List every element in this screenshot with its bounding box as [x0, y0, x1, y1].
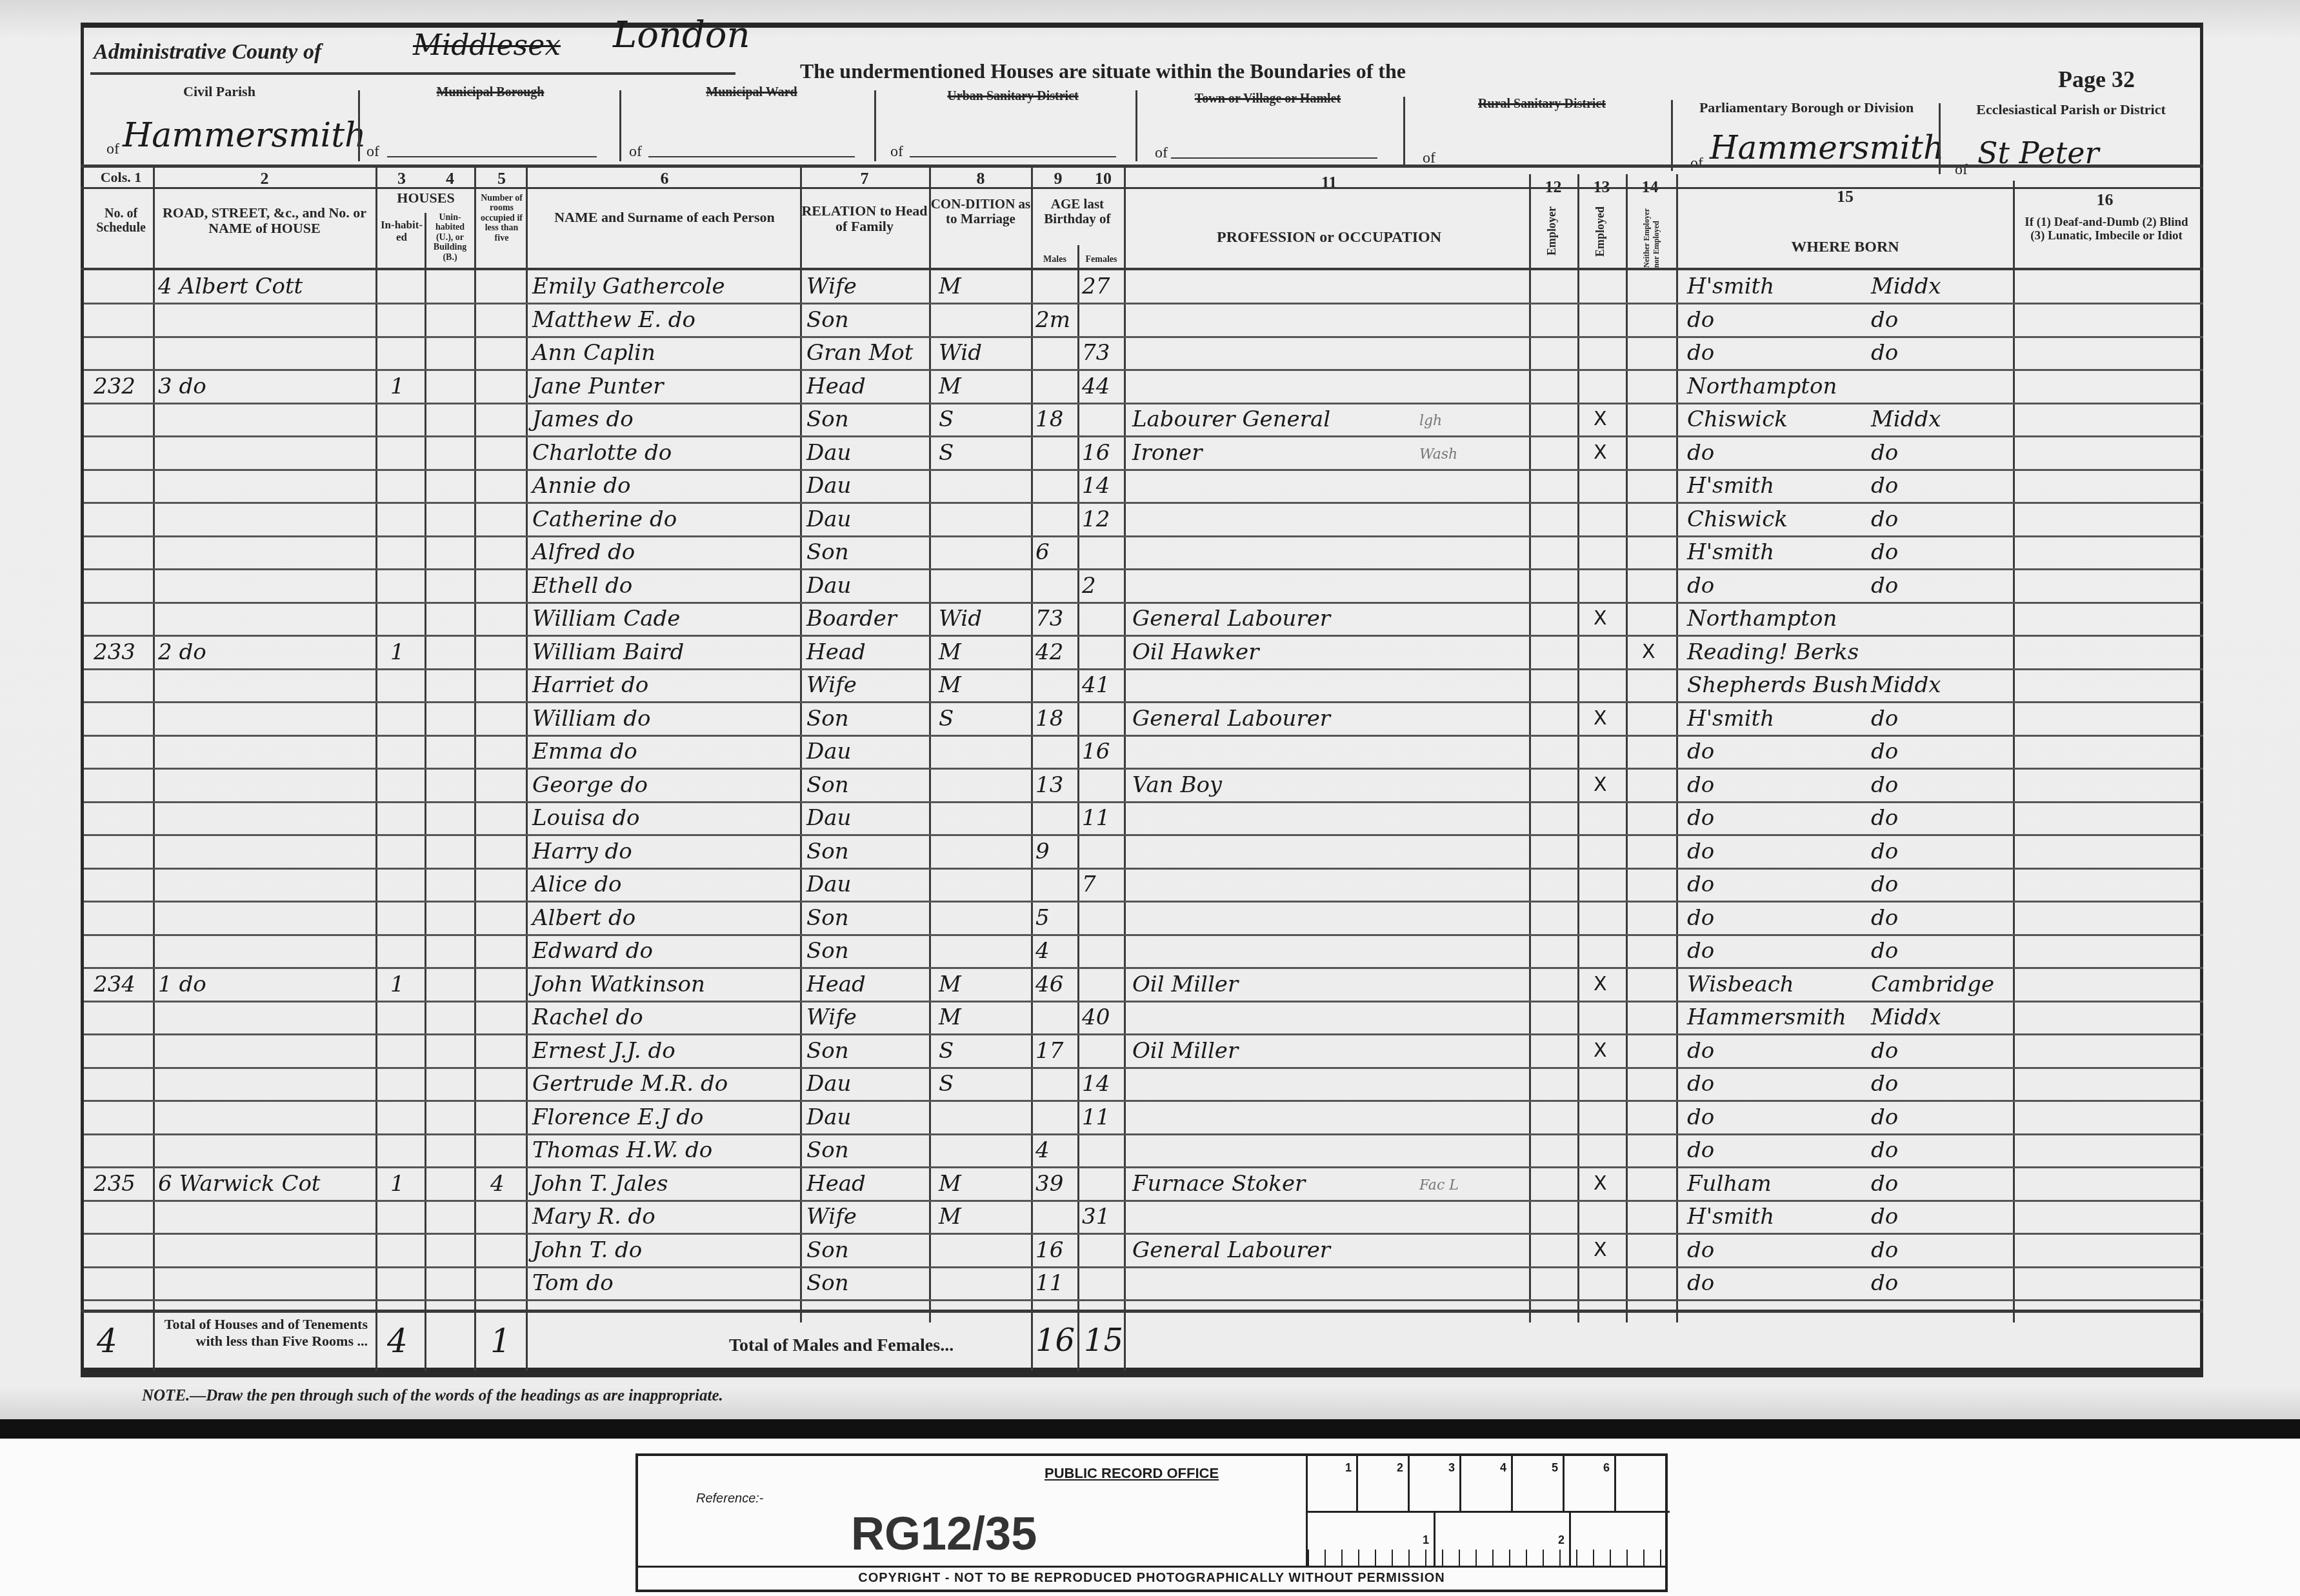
relation-to-head: Dau — [806, 805, 851, 831]
female-age: 12 — [1082, 506, 1110, 532]
male-age: 4 — [1035, 938, 1050, 964]
public-record-office-label: PUBLIC RECORD OFFICE Reference:- RG12/35… — [635, 1453, 1668, 1592]
divider — [1135, 90, 1137, 161]
person-name: John T. Jales — [532, 1171, 668, 1197]
form-bottom-rule — [81, 1371, 2203, 1377]
marital-condition: M — [939, 374, 961, 399]
birth-county: Cambridge — [1871, 972, 1994, 997]
col-header-name: NAME and Surname of each Person — [529, 210, 800, 225]
person-name: Ethell do — [532, 573, 632, 599]
houses-inhabited: 1 — [390, 972, 405, 997]
table-row: William CadeBoarderWid73General Labourer… — [0, 603, 2300, 635]
birthplace: Chiswick — [1687, 406, 1788, 432]
occupation: Van Boy — [1132, 772, 1222, 798]
person-name: William Baird — [532, 639, 684, 665]
birthplace: do — [1687, 839, 1714, 864]
employed-mark: X — [1594, 607, 1607, 630]
female-age: 2 — [1082, 573, 1096, 599]
blank-line — [1171, 157, 1377, 159]
male-age: 2m — [1035, 307, 1070, 333]
reference-label: Reference:- — [696, 1491, 764, 1506]
birth-county: do — [1871, 440, 1898, 466]
person-name: Louisa do — [532, 805, 640, 831]
person-name: James do — [532, 406, 634, 432]
scale-label: 4 — [1500, 1461, 1506, 1475]
col-number: 15 — [1677, 187, 2013, 206]
table-row: George doSon13Van BoyXdodo — [0, 770, 2300, 802]
relation-to-head: Head — [806, 639, 866, 665]
birthplace: Shepherds Bush — [1687, 672, 1869, 698]
birthplace: Wisbeach — [1687, 972, 1794, 997]
birthplace: H'smith — [1687, 1204, 1774, 1230]
marital-condition: S — [939, 440, 954, 466]
schedule-number: 232 — [94, 374, 135, 399]
employed-mark: X — [1594, 1239, 1607, 1261]
person-name: Alfred do — [532, 539, 635, 565]
person-name: Ernest J.J. do — [532, 1038, 675, 1064]
occupation: General Labourer — [1132, 706, 1330, 732]
birth-county: do — [1871, 1104, 1898, 1130]
address: 2 do — [158, 639, 206, 665]
birth-county: do — [1871, 1204, 1898, 1230]
blank-line — [387, 156, 597, 157]
table-row: Ann CaplinGran MotWid73dodo — [0, 337, 2300, 370]
birthplace: do — [1687, 872, 1714, 897]
total-persons-label: Total of Males and Females... — [729, 1335, 954, 1356]
relation-to-head: Wife — [806, 1004, 857, 1030]
table-row: John T. doSon16General LabourerXdodo — [0, 1235, 2300, 1267]
relation-to-head: Dau — [806, 739, 851, 764]
table-row: Harry doSon9dodo — [0, 836, 2300, 868]
table-row: Alice doDau7dodo — [0, 869, 2300, 901]
female-age: 73 — [1082, 340, 1110, 366]
person-name: George do — [532, 772, 648, 798]
person-name: Thomas H.W. do — [532, 1137, 712, 1163]
birthplace: H'smith — [1687, 539, 1774, 565]
birthplace: do — [1687, 905, 1714, 931]
female-age: 11 — [1082, 805, 1110, 831]
table-row: Emma doDau16dodo — [0, 736, 2300, 768]
table-row: Edward doSon4dodo — [0, 935, 2300, 968]
divider — [1671, 100, 1673, 171]
birthplace: do — [1687, 772, 1714, 798]
marital-condition: S — [939, 1038, 954, 1064]
birthplace: Chiswick — [1687, 506, 1788, 532]
table-row: Gertrude M.R. doDauS14dodo — [0, 1068, 2300, 1101]
scale-label: 1 — [1423, 1533, 1429, 1547]
female-age: 11 — [1082, 1104, 1110, 1130]
occupation: Labourer General — [1132, 406, 1330, 432]
marital-condition: M — [939, 639, 961, 665]
relation-to-head: Son — [806, 706, 849, 732]
schedule-number: 234 — [94, 972, 135, 997]
of-label: of — [366, 143, 379, 161]
divider — [619, 90, 621, 161]
marital-condition: M — [939, 1004, 961, 1030]
boundaries-text: The undermentioned Houses are situate wi… — [800, 59, 1406, 83]
birth-county: do — [1871, 539, 1898, 565]
birth-county: do — [1871, 307, 1898, 333]
birthplace: Fulham — [1687, 1171, 1772, 1197]
female-age: 40 — [1082, 1004, 1110, 1030]
relation-to-head: Head — [806, 1171, 866, 1197]
total-males: 16 — [1035, 1322, 1075, 1359]
scale-label: 3 — [1448, 1461, 1455, 1475]
relation-to-head: Son — [806, 938, 849, 964]
col-header-relation: RELATION to Head of Family — [800, 203, 929, 234]
birthplace: do — [1687, 340, 1714, 366]
relation-to-head: Son — [806, 1237, 849, 1263]
district-label-ecclesiastical: Ecclesiastical Parish or District — [1942, 102, 2200, 117]
birth-county: do — [1871, 872, 1898, 897]
note-text: NOTE.—Draw the pen through such of the w… — [142, 1387, 723, 1405]
person-name: Matthew E. do — [532, 307, 695, 333]
birthplace: Hammersmith — [1687, 1004, 1846, 1030]
person-name: Harriet do — [532, 672, 648, 698]
col-header-males: Males — [1032, 255, 1077, 264]
of-label: of — [629, 143, 642, 161]
person-name: Emily Gathercole — [532, 274, 725, 299]
occupation-annotation: lgh — [1419, 413, 1442, 429]
col-header-employed: Employed — [1594, 206, 1607, 257]
table-row: 2323 do1Jane PunterHeadM44Northampton — [0, 371, 2300, 403]
of-label: of — [890, 143, 903, 161]
employed-mark: X — [1594, 773, 1607, 796]
person-name: John Watkinson — [532, 972, 705, 997]
col-number: 7 — [800, 169, 929, 188]
col-header-condition: CON-DITION as to Marriage — [929, 197, 1032, 226]
occupation: Ironer — [1132, 440, 1202, 466]
admin-county-struck: Middlesex — [413, 29, 561, 62]
person-name: Catherine do — [532, 506, 677, 532]
occupation: Oil Miller — [1132, 1038, 1238, 1064]
male-age: 39 — [1035, 1171, 1063, 1197]
district-label-urban-sanitary: Urban Sanitary District — [877, 89, 1148, 103]
col-number: 3 — [377, 169, 426, 188]
female-age: 16 — [1082, 440, 1110, 466]
female-age: 44 — [1082, 374, 1110, 399]
divider — [1403, 97, 1405, 168]
houses-inhabited: 1 — [390, 1171, 405, 1197]
female-age: 7 — [1082, 872, 1096, 897]
employed-mark: X — [1594, 1172, 1607, 1195]
male-age: 18 — [1035, 706, 1063, 732]
marital-condition: S — [939, 706, 954, 732]
marital-condition: S — [939, 1071, 954, 1097]
birth-county: do — [1871, 905, 1898, 931]
col-number: 11 — [1129, 173, 1529, 192]
address: 1 do — [158, 972, 206, 997]
relation-to-head: Head — [806, 374, 866, 399]
occupation: General Labourer — [1132, 1237, 1330, 1263]
houses-inhabited: 1 — [390, 639, 405, 665]
employed-mark: X — [1594, 408, 1607, 430]
schedule-number: 235 — [94, 1171, 135, 1197]
total-rooms: 1 — [490, 1322, 511, 1360]
female-age: 16 — [1082, 739, 1110, 764]
birth-county: do — [1871, 706, 1898, 732]
male-age: 13 — [1035, 772, 1063, 798]
male-age: 4 — [1035, 1137, 1050, 1163]
birth-county: do — [1871, 1171, 1898, 1197]
houses-inhabited: 1 — [390, 374, 405, 399]
blank-line — [648, 156, 855, 157]
relation-to-head: Son — [806, 1038, 849, 1064]
col-number: 16 — [2013, 190, 2197, 210]
total-houses-label: Total of Houses and of Tenements with le… — [161, 1316, 368, 1350]
person-name: Tom do — [532, 1270, 614, 1296]
col-number: 2 — [155, 169, 374, 188]
col-header-infirmity: If (1) Deaf-and-Dumb (2) Blind (3) Lunat… — [2016, 216, 2197, 243]
table-row: Rachel doWifeM40HammersmithMiddx — [0, 1002, 2300, 1034]
birth-county: do — [1871, 739, 1898, 764]
male-age: 46 — [1035, 972, 1063, 997]
of-label: of — [106, 141, 119, 158]
col-number: 8 — [929, 169, 1032, 188]
table-row: Mary R. doWifeM31H'smithdo — [0, 1201, 2300, 1233]
header-rule — [81, 165, 2203, 168]
col-header-where-born: WHERE BORN — [1677, 239, 2013, 255]
col-number: 10 — [1084, 169, 1123, 188]
col-number: 5 — [477, 169, 526, 188]
col-header-houses: HOUSES — [377, 190, 474, 206]
scan-border — [0, 1419, 2300, 1439]
female-age: 31 — [1082, 1204, 1110, 1230]
table-row: Ernest J.J. doSonS17Oil MillerXdodo — [0, 1035, 2300, 1068]
person-name: Gertrude M.R. do — [532, 1071, 728, 1097]
birthplace: do — [1687, 938, 1714, 964]
table-row: Annie doDau14H'smithdo — [0, 470, 2300, 503]
person-name: Ann Caplin — [532, 340, 655, 366]
birthplace: do — [1687, 1104, 1714, 1130]
marital-condition: Wid — [939, 340, 982, 366]
of-label: of — [1690, 155, 1703, 172]
occupation: Oil Miller — [1132, 972, 1238, 997]
relation-to-head: Dau — [806, 872, 851, 897]
birth-county: Middx — [1871, 274, 1941, 299]
birth-county: do — [1871, 473, 1898, 499]
person-name: Rachel do — [532, 1004, 643, 1030]
table-row: Matthew E. doSon2mdodo — [0, 304, 2300, 337]
relation-to-head: Wife — [806, 1204, 857, 1230]
row-rule — [84, 1299, 2203, 1301]
pro-title: PUBLIC RECORD OFFICE — [1045, 1465, 1219, 1482]
col-header-neither: Neither Employer nor Employed — [1642, 203, 1674, 268]
employed-mark: X — [1594, 1039, 1607, 1062]
rooms-count: 4 — [490, 1171, 505, 1197]
birth-county: do — [1871, 573, 1898, 599]
schedule-number: 233 — [94, 639, 135, 665]
person-name: William Cade — [532, 606, 680, 632]
female-age: 14 — [1082, 1071, 1110, 1097]
blank-line — [910, 156, 1116, 157]
birthplace: do — [1687, 1071, 1714, 1097]
employed-mark: X — [1594, 441, 1607, 464]
relation-to-head: Gran Mot — [806, 340, 913, 366]
female-age: 41 — [1082, 672, 1110, 698]
marital-condition: M — [939, 274, 961, 299]
birth-county: do — [1871, 938, 1898, 964]
birth-county: do — [1871, 340, 1898, 366]
person-name: Jane Punter — [532, 374, 663, 399]
birthplace: do — [1687, 805, 1714, 831]
parliamentary-value: Hammersmith — [1710, 129, 1944, 166]
female-age: 27 — [1082, 274, 1110, 299]
birth-county: do — [1871, 1071, 1898, 1097]
col-header-females: Females — [1079, 255, 1124, 264]
female-age: 14 — [1082, 473, 1110, 499]
birth-county: do — [1871, 772, 1898, 798]
relation-to-head: Boarder — [806, 606, 897, 632]
male-age: 73 — [1035, 606, 1063, 632]
birth-county: do — [1871, 805, 1898, 831]
male-age: 17 — [1035, 1038, 1063, 1064]
relation-to-head: Dau — [806, 473, 851, 499]
relation-to-head: Son — [806, 307, 849, 333]
total-inhabited: 4 — [387, 1322, 408, 1360]
table-row: Harriet doWifeM41Shepherds BushMiddx — [0, 670, 2300, 702]
birth-county: do — [1871, 506, 1898, 532]
table-row: Louisa doDau11dodo — [0, 803, 2300, 835]
male-age: 11 — [1035, 1270, 1063, 1296]
person-name: Mary R. do — [532, 1204, 655, 1230]
marital-condition: Wid — [939, 606, 982, 632]
relation-to-head: Dau — [806, 1071, 851, 1097]
scale-label: 2 — [1397, 1461, 1403, 1475]
relation-to-head: Son — [806, 839, 849, 864]
person-name: Annie do — [532, 473, 630, 499]
birth-county: do — [1871, 1137, 1898, 1163]
occupation-annotation: Fac L — [1419, 1177, 1459, 1193]
divider — [358, 90, 360, 161]
marital-condition: S — [939, 406, 954, 432]
birth-county: do — [1871, 1270, 1898, 1296]
birthplace: do — [1687, 440, 1714, 466]
person-name: Alice do — [532, 872, 622, 897]
birthplace: do — [1687, 1270, 1714, 1296]
admin-county-value: London — [613, 14, 750, 56]
birthplace: do — [1687, 1038, 1714, 1064]
birthplace: H'smith — [1687, 706, 1774, 732]
relation-to-head: Dau — [806, 440, 851, 466]
col-number: 9 — [1032, 169, 1084, 188]
relation-to-head: Son — [806, 1137, 849, 1163]
table-row: Albert doSon5dodo — [0, 903, 2300, 935]
col-number: 4 — [426, 169, 474, 188]
person-name: Harry do — [532, 839, 632, 864]
male-age: 9 — [1035, 839, 1050, 864]
person-name: William do — [532, 706, 650, 732]
person-name: Emma do — [532, 739, 637, 764]
col-header-inhabited: In-habit-ed — [377, 219, 426, 243]
relation-to-head: Son — [806, 905, 849, 931]
relation-to-head: Wife — [806, 672, 857, 698]
occupation: General Labourer — [1132, 606, 1330, 632]
measurement-scale: 1 2 3 4 5 6 1 2 — [1306, 1456, 1670, 1566]
admin-county-label: Administrative County of — [94, 40, 321, 65]
birthplace: Northampton — [1687, 374, 1837, 399]
table-row: Alfred doSon6H'smithdo — [0, 537, 2300, 569]
birthplace: do — [1687, 739, 1714, 764]
district-label-town-village: Town or Village or Hamlet — [1142, 92, 1394, 106]
male-age: 5 — [1035, 905, 1050, 931]
divider — [874, 90, 876, 161]
table-row: Tom doSon11dodo — [0, 1268, 2300, 1300]
table-row: 2341 do1John WatkinsonHeadM46Oil MillerX… — [0, 969, 2300, 1001]
person-name: Florence E.J do — [532, 1104, 703, 1130]
marital-condition: M — [939, 1171, 961, 1197]
relation-to-head: Dau — [806, 1104, 851, 1130]
occupation-annotation: Wash — [1419, 446, 1457, 463]
birthplace: H'smith — [1687, 473, 1774, 499]
birth-county: Middx — [1871, 406, 1941, 432]
district-label-municipal-ward: Municipal Ward — [623, 85, 881, 99]
person-name: Charlotte do — [532, 440, 672, 466]
copyright-notice: COPYRIGHT - NOT TO BE REPRODUCED PHOTOGR… — [638, 1571, 1665, 1586]
birth-county: do — [1871, 839, 1898, 864]
relation-to-head: Son — [806, 1270, 849, 1296]
col-header-rooms: Number of rooms occupied if less than fi… — [477, 194, 526, 243]
county-underline — [90, 72, 735, 75]
col-number: 6 — [529, 169, 800, 188]
total-schedules: 4 — [97, 1322, 117, 1360]
person-name: Albert do — [532, 905, 635, 931]
civil-parish-value: Hammersmith — [123, 116, 366, 155]
col-header-schedule: No. of Schedule — [90, 206, 152, 235]
table-row: Florence E.J doDau11dodo — [0, 1102, 2300, 1134]
col-header-road: ROAD, STREET, &c., and No. or NAME of HO… — [155, 205, 374, 236]
scale-label: 1 — [1345, 1461, 1352, 1475]
table-row: Charlotte doDauS16IronerXdodoWash — [0, 437, 2300, 470]
marital-condition: M — [939, 672, 961, 698]
table-row: 4 Albert CottEmily GathercoleWifeM27H'sm… — [0, 271, 2300, 303]
district-label-municipal-borough: Municipal Borough — [361, 85, 619, 99]
male-age: 16 — [1035, 1237, 1063, 1263]
employed-mark: X — [1594, 707, 1607, 730]
col-header-occupation: PROFESSION or OCCUPATION — [1129, 229, 1529, 246]
marital-condition: M — [939, 1204, 961, 1230]
table-row: Thomas H.W. doSon4dodo — [0, 1135, 2300, 1167]
table-row: William doSonS18General LabourerXH'smith… — [0, 703, 2300, 735]
reference-number: RG12/35 — [851, 1508, 1037, 1561]
relation-to-head: Dau — [806, 506, 851, 532]
birth-county: do — [1871, 1038, 1898, 1064]
occupation: Oil Hawker — [1132, 639, 1259, 665]
person-name: John T. do — [532, 1237, 642, 1263]
marital-condition: M — [939, 972, 961, 997]
birth-county: do — [1871, 1237, 1898, 1263]
birthplace: do — [1687, 307, 1714, 333]
male-age: 42 — [1035, 639, 1063, 665]
table-row: Ethell doDau2dodo — [0, 570, 2300, 603]
employed-mark: X — [1594, 973, 1607, 995]
totals-rule — [81, 1310, 2203, 1313]
table-row: 2332 do1William BairdHeadM42Oil HawkerXR… — [0, 637, 2300, 669]
header-bottom-rule — [81, 268, 2203, 270]
birthplace: do — [1687, 1237, 1714, 1263]
of-label: of — [1155, 145, 1168, 162]
relation-to-head: Wife — [806, 274, 857, 299]
divider — [1939, 103, 1941, 174]
address: 3 do — [158, 374, 206, 399]
scale-label: 2 — [1558, 1533, 1565, 1547]
table-row: James doSonS18Labourer GeneralXChiswickM… — [0, 404, 2300, 436]
birthplace: Reading! Berks — [1687, 639, 1859, 665]
header-rule — [81, 187, 2203, 189]
col-number: Cols. 1 — [90, 169, 152, 186]
col-header-uninhabited: Unin-habited (U.), or Building (B.) — [426, 213, 474, 263]
scale-label: 6 — [1603, 1461, 1610, 1475]
